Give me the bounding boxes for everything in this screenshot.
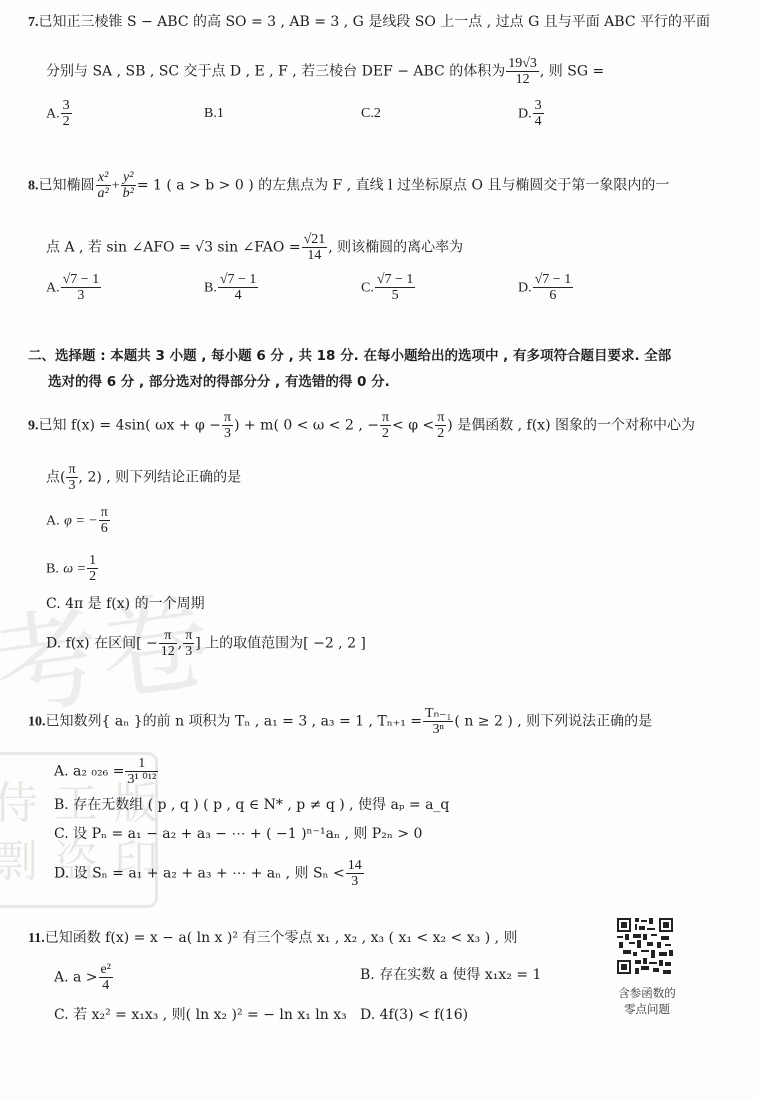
fraction-denominator: 4 bbox=[218, 288, 259, 303]
fraction-numerator: √7 − 1 bbox=[61, 272, 102, 288]
fraction-numerator: 19√3 bbox=[506, 56, 539, 72]
section2-instructions-line2: 选对的得 6 分 , 部分选对的得部分分 , 有选错的得 0 分. bbox=[48, 372, 390, 392]
q11-option-c[interactable]: C. 若 x₂² = x₁x₃ , 则( ln x₂ )² = − ln x₁ … bbox=[54, 1006, 347, 1024]
fraction-denominator: 12 bbox=[159, 644, 177, 659]
q11-number: 11. bbox=[28, 931, 45, 946]
fraction-denominator: 4 bbox=[99, 978, 113, 993]
fraction-denominator: 4 bbox=[533, 114, 544, 129]
q9-option-c[interactable]: C. 4π 是 f(x) 的一个周期 bbox=[46, 595, 205, 613]
option-label: A. bbox=[46, 514, 60, 529]
fraction-numerator: π bbox=[159, 628, 177, 644]
fraction-numerator: π bbox=[380, 410, 391, 426]
q11-text: 已知函数 f(x) = x − a( ln x )² 有三个零点 x₁ , x₂… bbox=[45, 930, 518, 946]
option-text-a: D. f(x) 在区间[ − bbox=[46, 636, 158, 652]
section2-instructions-line1: 二、选择题 : 本题共 3 小题 , 每小题 6 分 , 共 18 分. 在每小… bbox=[28, 346, 671, 366]
option-fraction: √7 − 15 bbox=[375, 272, 416, 303]
q11-option-b[interactable]: B. 存在实数 a 使得 x₁x₂ = 1 bbox=[360, 966, 541, 984]
q10-option-d[interactable]: D. 设 Sₙ = a₁ + a₂ + a₃ + ⋯ + aₙ , 则 Sₙ <… bbox=[54, 858, 365, 889]
fraction-denominator: 3 bbox=[222, 426, 233, 441]
q8-option-b[interactable]: B.√7 − 14 bbox=[204, 272, 259, 303]
fraction-denominator: 2 bbox=[435, 426, 446, 441]
option-text: D. 设 Sₙ = a₁ + a₂ + a₃ + ⋯ + aₙ , 则 Sₙ < bbox=[54, 866, 345, 882]
fraction-denominator: 5 bbox=[375, 288, 416, 303]
q10-option-b[interactable]: B. 存在无数组 ( p , q ) ( p , q ∈ N* , p ≠ q … bbox=[54, 796, 449, 814]
fraction-denominator: 2 bbox=[380, 426, 391, 441]
qr-caption: 含参函数的 零点问题 bbox=[608, 985, 686, 1017]
option-label: A. bbox=[46, 107, 60, 122]
fraction-numerator: 14 bbox=[346, 858, 364, 874]
fraction-denominator: 6 bbox=[533, 288, 574, 303]
fraction-numerator: √7 − 1 bbox=[533, 272, 574, 288]
q10-option-a[interactable]: A. a₂ ₀₂₆ =13¹ ⁰¹² bbox=[54, 756, 159, 787]
fraction-denominator: 14 bbox=[302, 248, 328, 263]
q10-line1: 10.已知数列{ aₙ }的前 n 项积为 Tₙ , a₁ = 3 , a₃ =… bbox=[28, 706, 652, 737]
fraction-denominator: 3 bbox=[346, 874, 364, 889]
option-label: C. bbox=[361, 106, 374, 121]
fraction-denominator: 3 bbox=[61, 288, 102, 303]
qr-caption-line2: 零点问题 bbox=[608, 1001, 686, 1017]
q9-number: 9. bbox=[28, 419, 39, 434]
fraction-denominator: 2 bbox=[87, 569, 98, 584]
q8-text-line2-a: 点 A , 若 sin ∠AFO = √3 sin ∠FAO = bbox=[46, 240, 301, 256]
fraction-denominator: a² bbox=[96, 186, 111, 201]
q11-option-d[interactable]: D. 4f(3) < f(16) bbox=[360, 1006, 468, 1024]
option-fraction: 12 bbox=[87, 553, 98, 584]
q10-option-c[interactable]: C. 设 Pₙ = a₁ − a₂ + a₃ − ⋯ + ( −1 )ⁿ⁻¹aₙ… bbox=[54, 825, 422, 843]
fraction-numerator: e² bbox=[99, 962, 113, 978]
fraction-numerator: 3 bbox=[61, 98, 72, 114]
q9-text-a: 已知 f(x) = 4sin( ωx + φ − bbox=[39, 418, 222, 434]
q10-number: 10. bbox=[28, 715, 46, 730]
q8-text-a: 已知椭圆 bbox=[39, 178, 95, 194]
fraction-denominator: 12 bbox=[506, 72, 539, 87]
fraction-denominator: 3 bbox=[66, 478, 77, 493]
q9-text-line2-b: , 2) , 则下列结论正确的是 bbox=[79, 470, 242, 486]
q8-option-c[interactable]: C.√7 − 15 bbox=[361, 272, 416, 303]
option-text-b: ] 上的取值范围为[ −2 , 2 ] bbox=[195, 636, 366, 652]
fraction-denominator: 6 bbox=[99, 521, 110, 536]
option-label: C. bbox=[361, 281, 374, 296]
fraction-numerator: 3 bbox=[533, 98, 544, 114]
q9-text-d: ) 是偶函数 , f(x) 图象的一个对称中心为 bbox=[447, 418, 695, 434]
q11-line1: 11.已知函数 f(x) = x − a( ln x )² 有三个零点 x₁ ,… bbox=[28, 928, 518, 949]
q7-option-a[interactable]: A.32 bbox=[46, 98, 73, 129]
option-fraction: √7 − 14 bbox=[218, 272, 259, 303]
option-label: B. bbox=[46, 562, 59, 577]
fraction-denominator: 3 bbox=[183, 644, 194, 659]
q9-text-line2-a: 点( bbox=[46, 470, 65, 486]
option-value: 2 bbox=[374, 106, 381, 121]
fraction-numerator: π bbox=[99, 505, 110, 521]
option-label: A. bbox=[46, 281, 60, 296]
q8-sine-fraction: √2114 bbox=[302, 232, 328, 263]
q10-text-a: 已知数列{ aₙ }的前 n 项积为 Tₙ , a₁ = 3 , a₃ = 1 … bbox=[46, 714, 423, 730]
q10-recurrence-fraction: Tₙ₋₁3ⁿ bbox=[423, 706, 453, 737]
fraction-numerator: π bbox=[66, 462, 77, 478]
option-fraction-2: π3 bbox=[183, 628, 194, 659]
q9-option-d[interactable]: D. f(x) 在区间[ −π12,π3] 上的取值范围为[ −2 , 2 ] bbox=[46, 628, 366, 659]
option-value: 1 bbox=[217, 106, 224, 121]
fraction-numerator: π bbox=[222, 410, 233, 426]
q8-number: 8. bbox=[28, 179, 39, 194]
option-label: D. bbox=[518, 281, 532, 296]
fraction-numerator: π bbox=[183, 628, 194, 644]
q11-option-a[interactable]: A. a >e²4 bbox=[54, 962, 114, 993]
fraction-numerator: 1 bbox=[125, 756, 158, 772]
q7-text-line1: 已知正三棱锥 S − ABC 的高 SO = 3 , AB = 3 , G 是线… bbox=[39, 14, 711, 30]
q7-text-line2-suffix: , 则 SG = bbox=[540, 64, 604, 80]
option-label: B. bbox=[204, 106, 217, 121]
fraction-denominator: 3ⁿ bbox=[423, 722, 453, 737]
q9-line2: 点(π3, 2) , 则下列结论正确的是 bbox=[46, 462, 241, 493]
option-fraction: 13¹ ⁰¹² bbox=[125, 756, 158, 787]
fraction-numerator: Tₙ₋₁ bbox=[423, 706, 453, 722]
plus-sign: + bbox=[112, 179, 120, 194]
q9-center-x-fraction: π3 bbox=[66, 462, 77, 493]
q7-option-c[interactable]: C.2 bbox=[361, 104, 381, 123]
q9-frac-pi-3: π3 bbox=[222, 410, 233, 441]
qr-code-icon[interactable] bbox=[617, 918, 673, 974]
q9-frac-pi-2: π2 bbox=[435, 410, 446, 441]
option-label: B. bbox=[204, 281, 217, 296]
option-fraction: 34 bbox=[533, 98, 544, 129]
option-fraction: √7 − 16 bbox=[533, 272, 574, 303]
q7-line2: 分别与 SA , SB , SC 交于点 D , E , F , 若三棱台 DE… bbox=[46, 56, 604, 87]
q8-text-b: = 1 ( a > b > 0 ) 的左焦点为 F , 直线 l 过坐标原点 O… bbox=[137, 178, 670, 194]
fraction-numerator: √21 bbox=[302, 232, 328, 248]
q8-frac-y: y²b² bbox=[121, 170, 136, 201]
q9-option-a[interactable]: A. φ = −π6 bbox=[46, 505, 111, 536]
q7-number: 7. bbox=[28, 15, 39, 30]
q9-option-b[interactable]: B. ω =12 bbox=[46, 553, 99, 584]
fraction-numerator: π bbox=[435, 410, 446, 426]
option-text: ω = bbox=[63, 562, 86, 577]
fraction-denominator: b² bbox=[121, 186, 136, 201]
option-fraction: π6 bbox=[99, 505, 110, 536]
option-fraction-1: π12 bbox=[159, 628, 177, 659]
option-fraction: e²4 bbox=[99, 962, 113, 993]
q8-option-d[interactable]: D.√7 − 16 bbox=[518, 272, 574, 303]
option-fraction: 143 bbox=[346, 858, 364, 889]
option-fraction: √7 − 13 bbox=[61, 272, 102, 303]
q10-text-b: ( n ≥ 2 ) , 则下列说法正确的是 bbox=[454, 714, 652, 730]
q8-option-a[interactable]: A.√7 − 13 bbox=[46, 272, 102, 303]
option-fraction: 32 bbox=[61, 98, 72, 129]
fraction-numerator: y² bbox=[121, 170, 136, 186]
option-text: φ = − bbox=[64, 514, 98, 529]
q7-text-line2-prefix: 分别与 SA , SB , SC 交于点 D , E , F , 若三棱台 DE… bbox=[46, 64, 505, 80]
q8-frac-x: x²a² bbox=[96, 170, 111, 201]
q7-option-b[interactable]: B.1 bbox=[204, 104, 224, 123]
q8-line2: 点 A , 若 sin ∠AFO = √3 sin ∠FAO =√2114, 则… bbox=[46, 232, 463, 263]
q7-volume-fraction: 19√312 bbox=[506, 56, 539, 87]
option-text: A. a₂ ₀₂₆ = bbox=[54, 764, 124, 780]
option-text: A. a > bbox=[54, 970, 98, 986]
fraction-numerator: x² bbox=[96, 170, 111, 186]
q7-option-d[interactable]: D.34 bbox=[518, 98, 545, 129]
fraction-numerator: √7 − 1 bbox=[218, 272, 259, 288]
fraction-numerator: 1 bbox=[87, 553, 98, 569]
q8-line1: 8.已知椭圆x²a²+y²b²= 1 ( a > b > 0 ) 的左焦点为 F… bbox=[28, 170, 669, 201]
q9-line1: 9.已知 f(x) = 4sin( ωx + φ −π3) + m( 0 < ω… bbox=[28, 410, 695, 441]
q9-text-b: ) + m( 0 < ω < 2 , − bbox=[234, 418, 379, 434]
q7-line1: 7.已知正三棱锥 S − ABC 的高 SO = 3 , AB = 3 , G … bbox=[28, 12, 710, 33]
qr-caption-line1: 含参函数的 bbox=[608, 985, 686, 1001]
fraction-denominator: 3¹ ⁰¹² bbox=[125, 772, 158, 787]
fraction-numerator: √7 − 1 bbox=[375, 272, 416, 288]
q9-frac-pi-2-neg: π2 bbox=[380, 410, 391, 441]
q9-text-c: < φ < bbox=[392, 418, 434, 434]
fraction-denominator: 2 bbox=[61, 114, 72, 129]
option-label: D. bbox=[518, 107, 532, 122]
q8-text-line2-b: , 则该椭圆的离心率为 bbox=[328, 240, 463, 256]
